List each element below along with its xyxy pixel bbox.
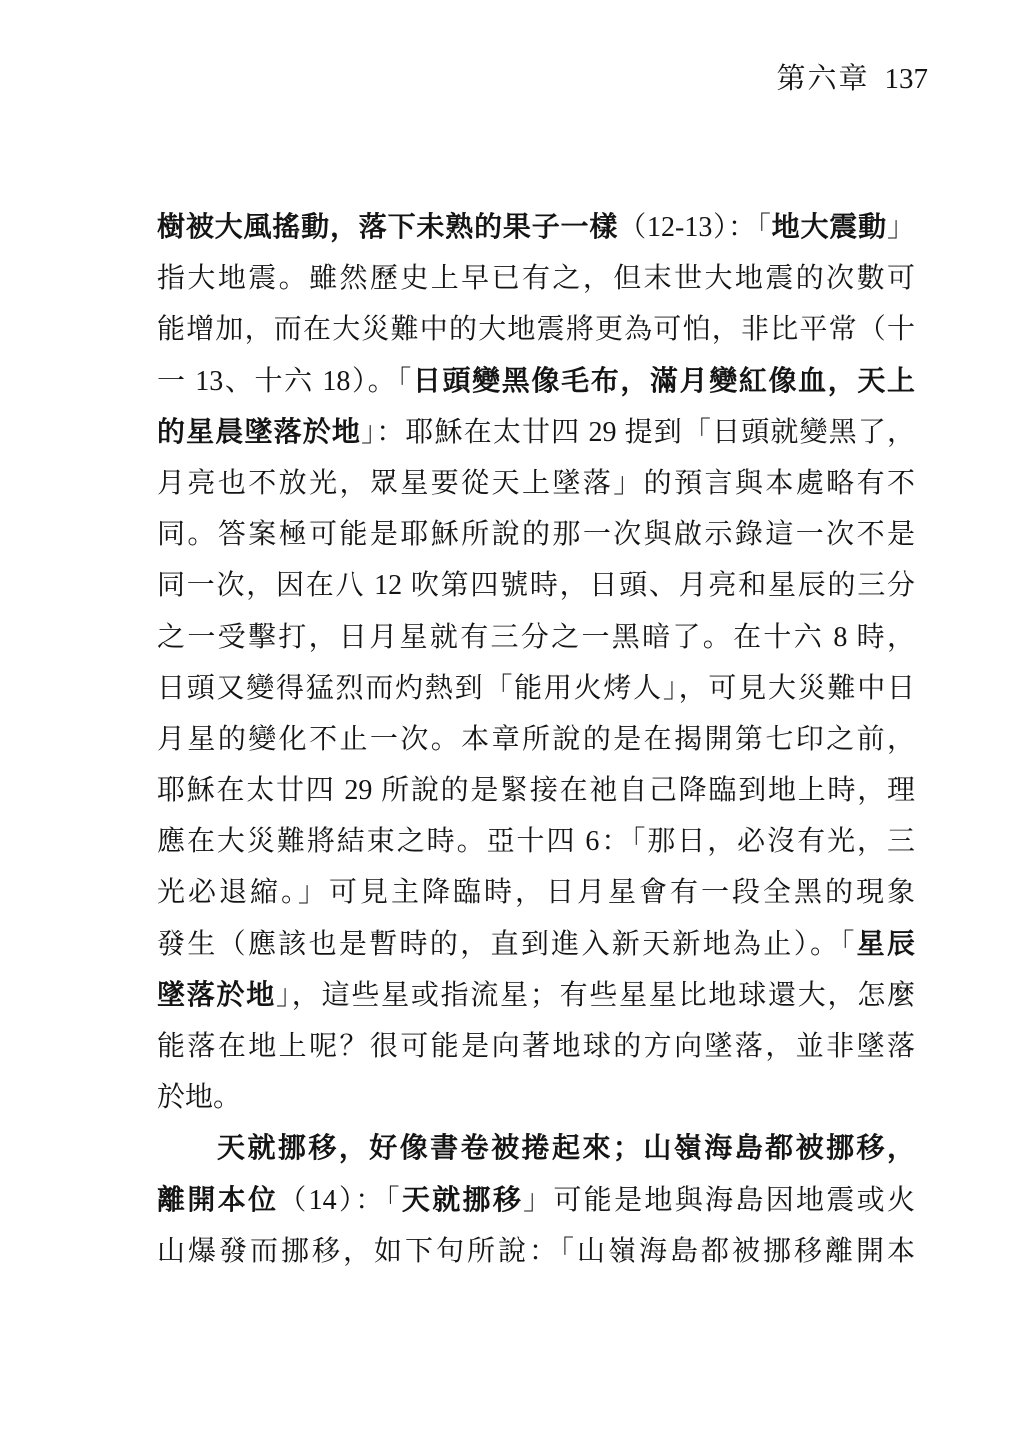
text-segment: 同。答案極可能是耶穌所說的那一次與啟示錄這一次不是 xyxy=(157,519,915,550)
text-segment: 月亮也不放光，眾星要從天上墜落」的預言與本處略有不 xyxy=(157,468,915,499)
text-line: 應在大災難將結束之時。亞十四 6：「那日，必沒有光，三 xyxy=(157,816,915,867)
text-segment: 」可能是地與海島因地震或火 xyxy=(523,1185,915,1216)
bold-text-segment: 星辰 xyxy=(857,929,915,960)
text-line: 能增加，而在大災難中的大地震將更為可怕，非比平常（十 xyxy=(157,304,915,355)
text-line: 耶穌在太廿四 29 所說的是緊接在祂自己降臨到地上時，理 xyxy=(157,765,915,816)
bold-text-segment: 地大震動 xyxy=(772,212,887,243)
text-line: 發生（應該也是暫時的，直到進入新天新地為止）。「星辰 xyxy=(157,919,915,970)
text-line: 山爆發而挪移，如下句所說：「山嶺海島都被挪移離開本 xyxy=(157,1226,915,1277)
text-line: 同一次，因在八 12 吹第四號時，日頭、月亮和星辰的三分 xyxy=(157,560,915,611)
text-segment: 指大地震。雖然歷史上早已有之，但末世大地震的次數可 xyxy=(157,263,915,294)
text-segment: （14）：「 xyxy=(278,1185,402,1216)
text-line: 同。答案極可能是耶穌所說的那一次與啟示錄這一次不是 xyxy=(157,509,915,560)
text-segment: 同一次，因在八 12 吹第四號時，日頭、月亮和星辰的三分 xyxy=(157,570,915,601)
text-segment: 一 13、十六 18）。「 xyxy=(157,366,413,397)
text-line: 的星晨墜落於地」：耶穌在太廿四 29 提到「日頭就變黑了， xyxy=(157,407,915,458)
text-segment: 山爆發而挪移，如下句所說：「山嶺海島都被挪移離開本 xyxy=(157,1236,915,1267)
text-line: 離開本位（14）：「天就挪移」可能是地與海島因地震或火 xyxy=(157,1175,915,1226)
text-line: 能落在地上呢？很可能是向著地球的方向墜落，並非墜落 xyxy=(157,1021,915,1072)
text-line: 月亮也不放光，眾星要從天上墜落」的預言與本處略有不 xyxy=(157,458,915,509)
bold-text-segment: 天就挪移 xyxy=(402,1185,523,1216)
text-segment: 日頭又變得猛烈而灼熱到「能用火烤人」，可見大災難中日 xyxy=(157,673,915,704)
text-segment: 」 xyxy=(887,212,915,243)
text-segment: 耶穌在太廿四 29 所說的是緊接在祂自己降臨到地上時，理 xyxy=(157,775,915,806)
text-line: 光必退縮。」可見主降臨時，日月星會有一段全黑的現象 xyxy=(157,867,915,918)
bold-text-segment: 天就挪移，好像書卷被捲起來；山嶺海島都被挪移， xyxy=(217,1133,915,1164)
text-segment: 能落在地上呢？很可能是向著地球的方向墜落，並非墜落 xyxy=(157,1031,915,1062)
text-line: 指大地震。雖然歷史上早已有之，但末世大地震的次數可 xyxy=(157,253,915,304)
book-page: 第六章 137 樹被大風搖動，落下未熟的果子一樣（12-13）：「地大震動」指大… xyxy=(0,0,1024,1438)
chapter-label: 第六章 xyxy=(776,62,869,96)
bold-text-segment: 墜落於地 xyxy=(157,980,276,1011)
text-segment: 月星的變化不止一次。本章所說的是在揭開第七印之前， xyxy=(157,724,915,755)
text-line: 日頭又變得猛烈而灼熱到「能用火烤人」，可見大災難中日 xyxy=(157,663,915,714)
bold-text-segment: 的星晨墜落於地 xyxy=(157,417,361,448)
text-segment: 應在大災難將結束之時。亞十四 6：「那日，必沒有光，三 xyxy=(157,826,915,857)
bold-text-segment: 離開本位 xyxy=(157,1185,278,1216)
running-header: 第六章 137 xyxy=(776,62,928,96)
text-segment: 」：耶穌在太廿四 29 提到「日頭就變黑了， xyxy=(361,417,915,448)
text-segment: 於地。 xyxy=(157,1082,241,1113)
text-segment: （12-13）：「 xyxy=(618,212,771,243)
text-segment: 發生（應該也是暫時的，直到進入新天新地為止）。「 xyxy=(157,929,857,960)
text-line: 天就挪移，好像書卷被捲起來；山嶺海島都被挪移， xyxy=(157,1123,915,1174)
text-line: 於地。 xyxy=(157,1072,915,1123)
text-line: 月星的變化不止一次。本章所說的是在揭開第七印之前， xyxy=(157,714,915,765)
bold-text-segment: 樹被大風搖動，落下未熟的果子一樣 xyxy=(157,212,618,243)
text-segment: 光必退縮。」可見主降臨時，日月星會有一段全黑的現象 xyxy=(157,877,915,908)
page-number: 137 xyxy=(885,62,929,96)
text-segment: 」，這些星或指流星；有些星星比地球還大，怎麼 xyxy=(276,980,915,1011)
document-body: 樹被大風搖動，落下未熟的果子一樣（12-13）：「地大震動」指大地震。雖然歷史上… xyxy=(157,202,915,1277)
text-segment: 能增加，而在大災難中的大地震將更為可怕，非比平常（十 xyxy=(157,314,915,345)
bold-text-segment: 日頭變黑像毛布，滿月變紅像血，天上 xyxy=(413,366,915,397)
document-lines: 樹被大風搖動，落下未熟的果子一樣（12-13）：「地大震動」指大地震。雖然歷史上… xyxy=(157,202,915,1277)
text-line: 之一受擊打，日月星就有三分之一黑暗了。在十六 8 時， xyxy=(157,612,915,663)
text-line: 樹被大風搖動，落下未熟的果子一樣（12-13）：「地大震動」 xyxy=(157,202,915,253)
text-line: 一 13、十六 18）。「日頭變黑像毛布，滿月變紅像血，天上 xyxy=(157,356,915,407)
text-segment: 之一受擊打，日月星就有三分之一黑暗了。在十六 8 時， xyxy=(157,622,915,653)
text-line: 墜落於地」，這些星或指流星；有些星星比地球還大，怎麼 xyxy=(157,970,915,1021)
